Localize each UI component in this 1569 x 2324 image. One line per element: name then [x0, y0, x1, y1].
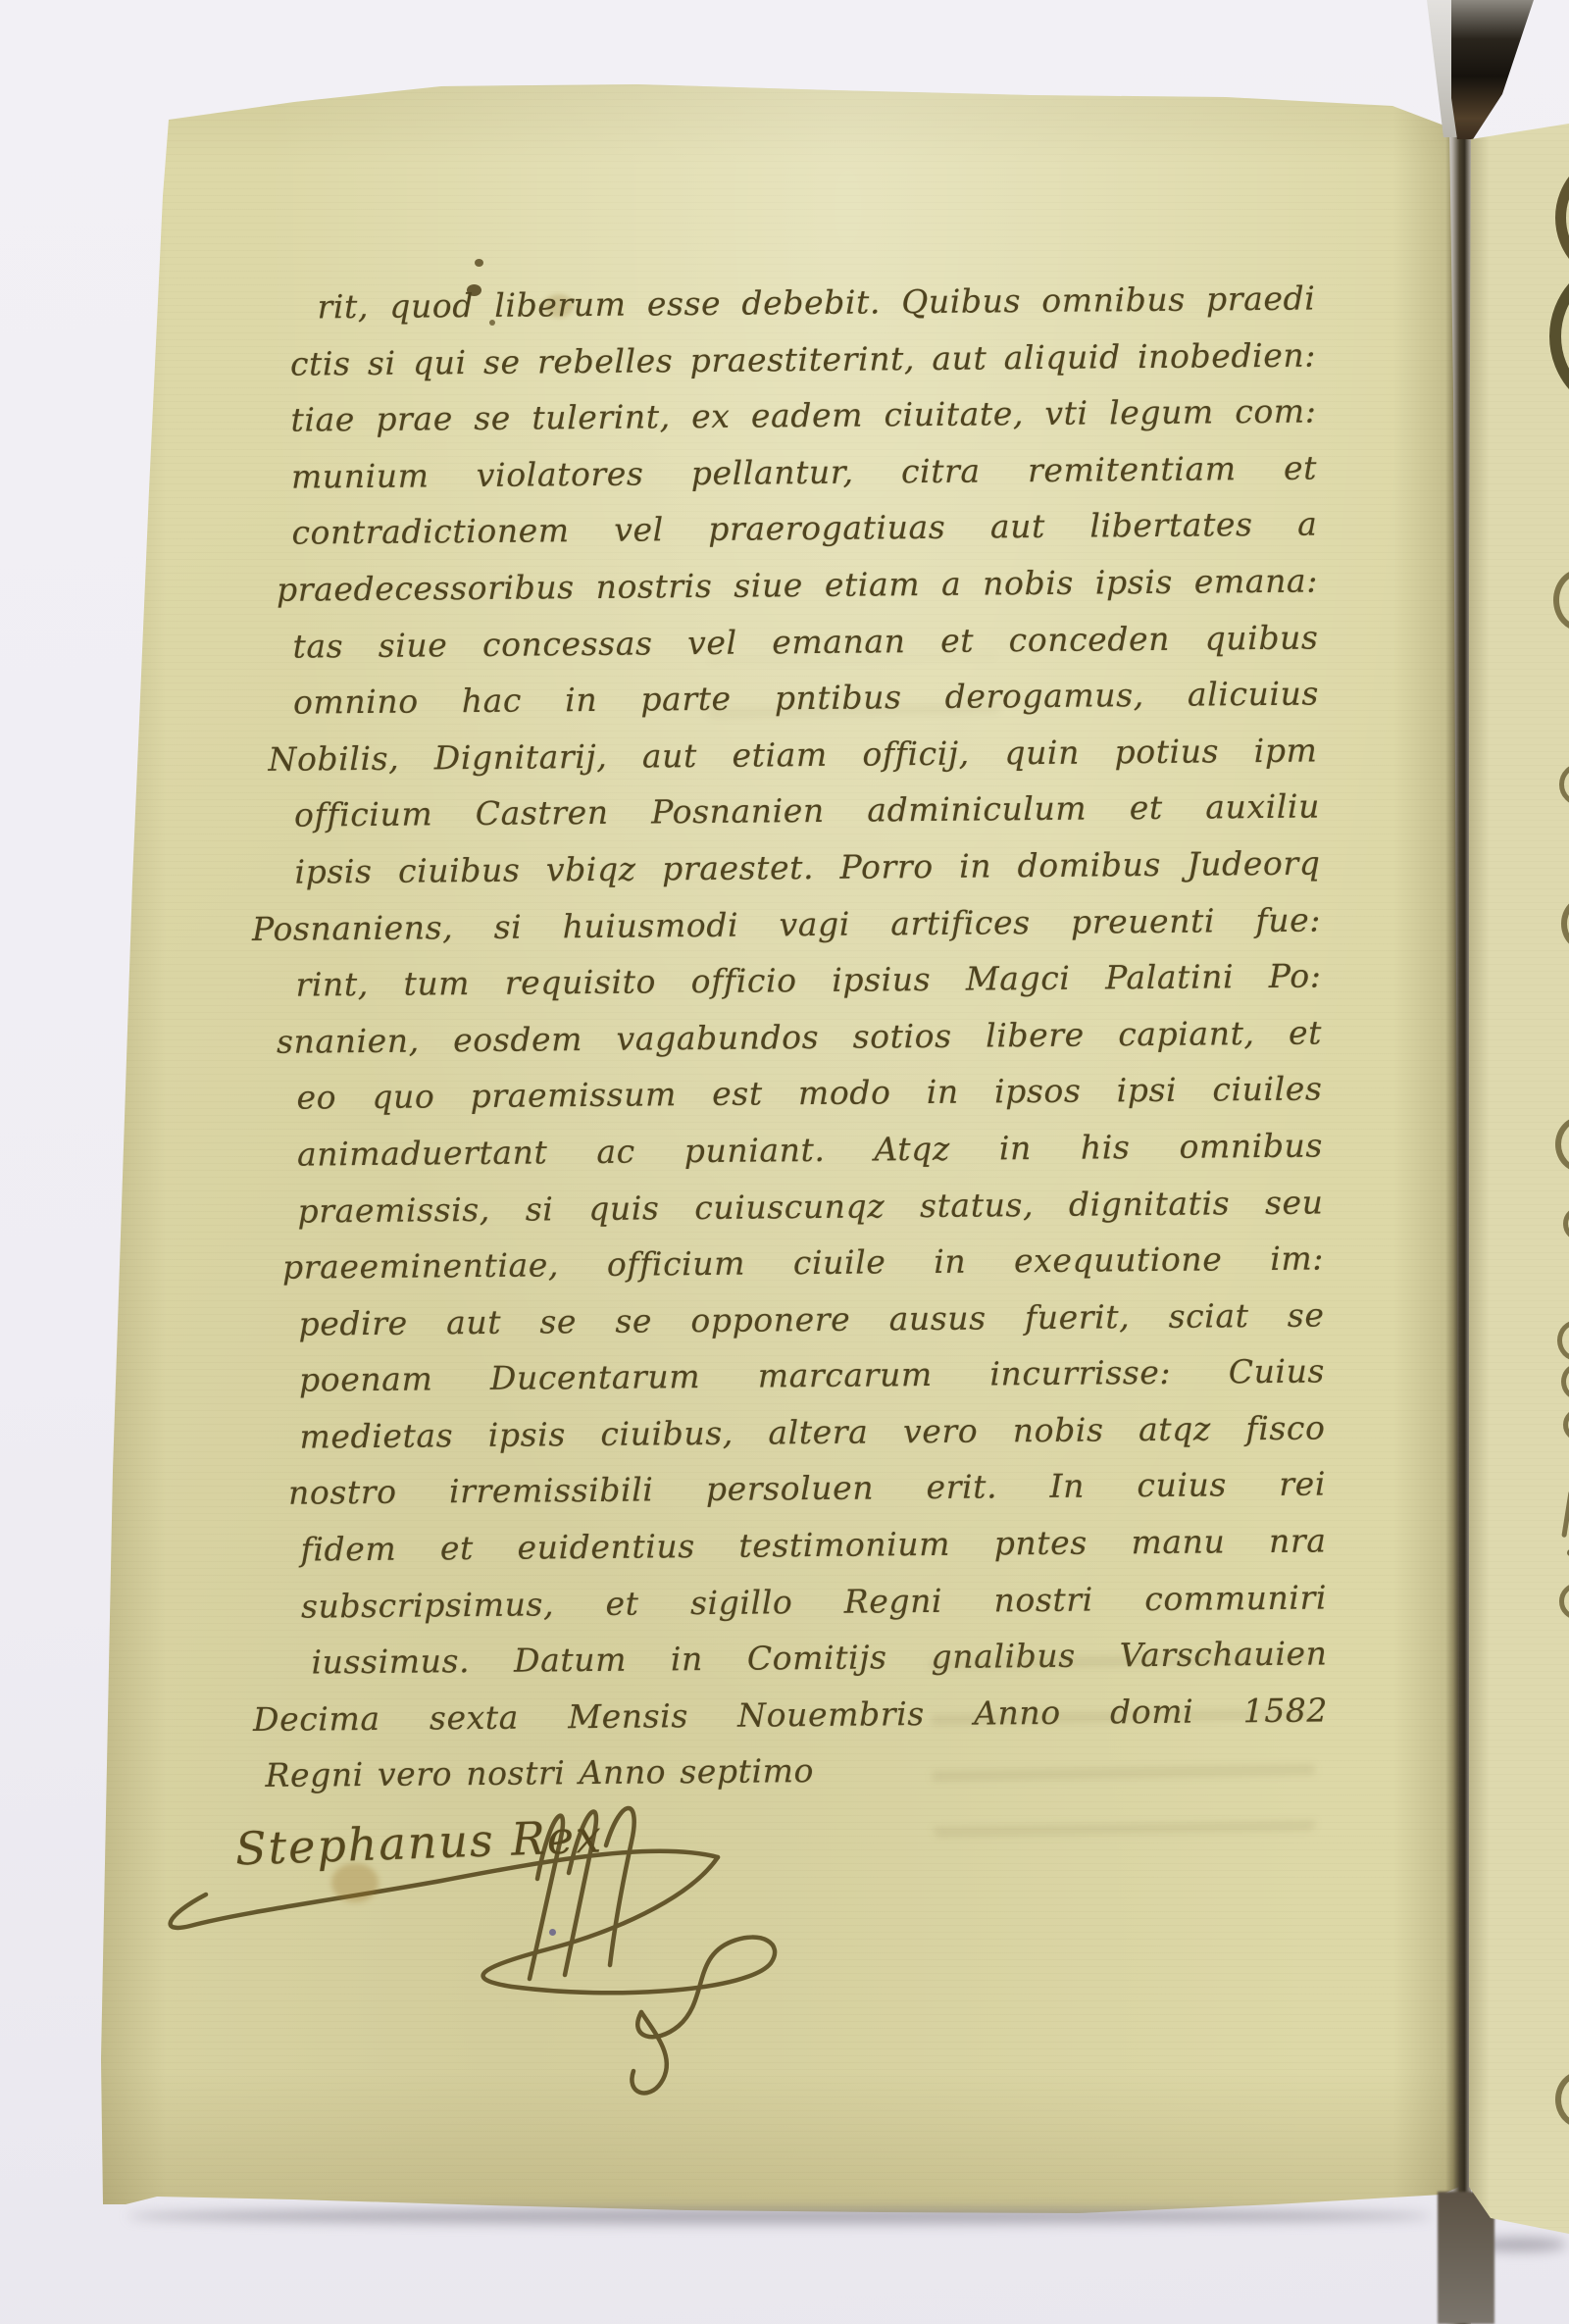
manuscript-line: ctis si qui se rebelles praestiterint, a… [290, 327, 1316, 392]
facing-page-ink-fragment [1559, 763, 1569, 806]
manuscript-line: omnino hac in parte pntibus derogamus, a… [293, 666, 1319, 732]
manuscript-line: subscripsimus, et sigillo Regni nostri c… [301, 1569, 1327, 1635]
manuscript-line: poenam Ducentarum marcarum incurrisse: C… [299, 1343, 1325, 1409]
ink-speck [549, 1929, 556, 1936]
manuscript-line: rint, tum requisito officio ipsius Magci… [295, 948, 1321, 1014]
manuscript-line: praedecessoribus nostris siue etiam a no… [277, 552, 1318, 618]
manuscript-text-block: rit, quod liberum esse debebit. Quibus o… [289, 270, 1342, 1803]
book-gutter [1445, 124, 1471, 2324]
facing-page-ink-fragment [1561, 1363, 1569, 1400]
facing-page-ink-fragment [1563, 1408, 1569, 1441]
manuscript-line: Posnaniens, si huiusmodi vagi artifices … [252, 891, 1321, 957]
manuscript-line: snanien, eosdem vagabundos sotios libere… [277, 1004, 1322, 1070]
manuscript-line: praemissis, si quis cuiuscunqz status, d… [297, 1174, 1323, 1239]
ink-spot [475, 259, 483, 267]
manuscript-line: eo quo praemissum est modo in ipsos ipsi… [296, 1061, 1322, 1127]
manuscript-line: rit, quod liberum esse debebit. Quibus o… [317, 271, 1315, 335]
page-shadow [127, 2208, 1432, 2224]
manuscript-line: tiae prae se tulerint, ex eadem ciuitate… [290, 383, 1316, 449]
signature-paraph [147, 1785, 892, 2138]
book-gutter-shadow [1438, 2192, 1494, 2324]
ink-show-through [930, 1625, 1316, 1838]
facing-page-ink-fragment [1561, 896, 1569, 951]
facing-page-ink-fragment [1559, 1583, 1569, 1620]
facing-page-ink-fragment [1555, 149, 1569, 286]
facing-page-ink-fragment [1557, 1320, 1569, 1361]
manuscript-line: fidem et euidentius testimonium pntes ma… [300, 1513, 1326, 1579]
facing-page-sliver [1467, 116, 1569, 2248]
manuscript-line: animaduertant ac puniant. Atqz in his om… [297, 1117, 1323, 1183]
facing-page-ink-fragment [1555, 2071, 1569, 2128]
facing-page-ink-fragment [1563, 1206, 1569, 1241]
manuscript-line: contradictionem vel praerogatiuas aut li… [291, 496, 1317, 562]
paper-stain [331, 1863, 379, 1902]
manuscript-line: pedire aut se se opponere ausus fuerit, … [298, 1287, 1324, 1352]
facing-page-ink-fragment [1549, 255, 1569, 418]
manuscript-line: ipsis ciuibus vbiqz praestet. Porro in d… [294, 834, 1320, 900]
manuscript-line: tas siue concessas vel emanan et concede… [292, 609, 1318, 675]
manuscript-line: Nobilis, Dignitarij, aut etiam officij, … [268, 722, 1317, 787]
manuscript-line: munium violatores pellantur, citra remit… [291, 439, 1317, 505]
manuscript-line: nostro irremissibili persoluen erit. In … [288, 1456, 1326, 1522]
facing-page-ink-fragment [1553, 569, 1569, 632]
manuscript-line: praeeminentiae, officium ciuile in exequ… [282, 1231, 1324, 1296]
manuscript-line: officium Castren Posnanien adminiculum e… [294, 779, 1320, 844]
facing-page-ink-fragment [1561, 1490, 1569, 1538]
manuscript-line: medietas ipsis ciuibus, altera vero nobi… [299, 1399, 1325, 1465]
facing-page-ink-fragment [1555, 1116, 1569, 1173]
